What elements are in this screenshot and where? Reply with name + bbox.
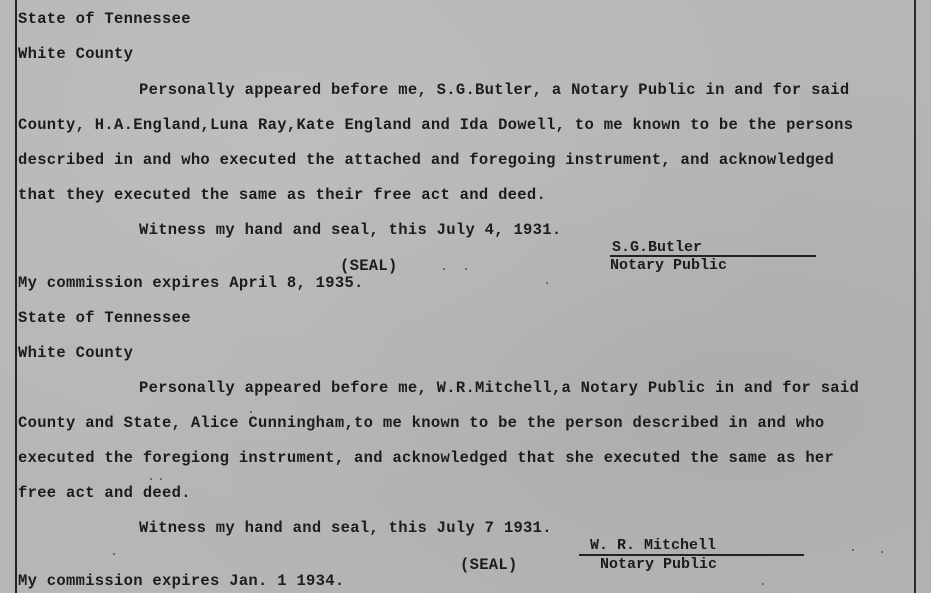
body-line: that they executed the same as their fre… — [18, 186, 546, 204]
signature-name: W. R. Mitchell — [590, 538, 716, 554]
seal-label: (SEAL) — [460, 556, 518, 574]
paper-speck — [113, 553, 115, 555]
body-line: executed the foregiong instrument, and a… — [18, 449, 834, 467]
left-margin-rule — [15, 0, 17, 593]
commission-line: My commission expires Jan. 1 1934. — [18, 572, 344, 590]
paper-speck — [762, 583, 764, 585]
paper-speck — [160, 478, 162, 480]
body-line: described in and who executed the attach… — [18, 151, 834, 169]
county-heading: White County — [18, 45, 133, 63]
county-heading: White County — [18, 344, 133, 362]
right-margin-rule — [914, 0, 916, 593]
paper-speck — [250, 411, 252, 413]
body-line: County, H.A.England,Luna Ray,Kate Englan… — [18, 116, 853, 134]
paper-speck — [546, 282, 548, 284]
body-line: Personally appeared before me, W.R.Mitch… — [139, 379, 859, 397]
signature-title: Notary Public — [600, 557, 717, 573]
witness-line: Witness my hand and seal, this July 7 19… — [139, 519, 552, 537]
signature-title: Notary Public — [610, 258, 727, 274]
paper-speck — [852, 549, 854, 551]
state-heading: State of Tennessee — [18, 10, 191, 28]
commission-line: My commission expires April 8, 1935. — [18, 274, 364, 292]
paper-speck — [443, 268, 445, 270]
paper-speck — [881, 551, 883, 553]
paper-speck — [465, 268, 467, 270]
body-line: County and State, Alice Cunningham,to me… — [18, 414, 825, 432]
signature-name: S.G.Butler — [612, 240, 702, 256]
body-line: free act and deed. — [18, 484, 191, 502]
seal-label: (SEAL) — [340, 257, 398, 275]
body-line: Personally appeared before me, S.G.Butle… — [139, 81, 850, 99]
paper-speck — [150, 478, 152, 480]
document-page: State of Tennessee White County Personal… — [0, 0, 931, 593]
witness-line: Witness my hand and seal, this July 4, 1… — [139, 221, 561, 239]
state-heading: State of Tennessee — [18, 309, 191, 327]
